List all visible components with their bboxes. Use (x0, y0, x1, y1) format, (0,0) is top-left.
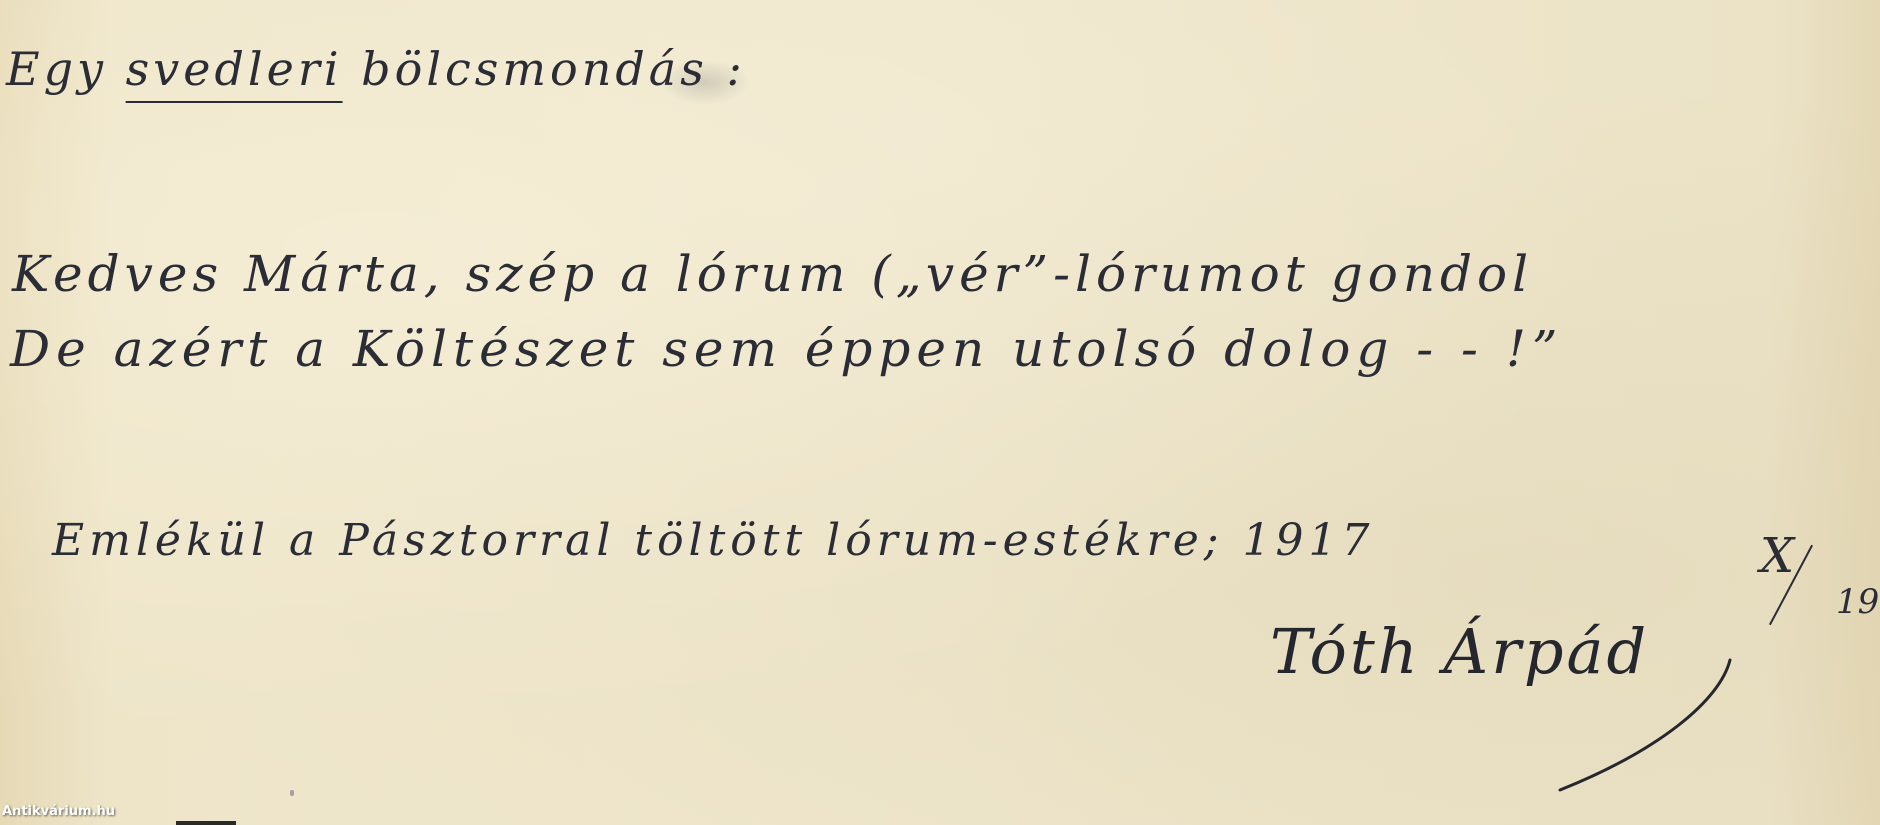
body-line-1: Kedves Márta, szép a lórum („vér”-lórumo… (12, 245, 1533, 303)
heading-underlined-word: svedleri (126, 42, 343, 96)
date-day: 19 (1836, 582, 1879, 622)
heading-rest: bölcsmondás : (361, 42, 746, 96)
watermark-logo: Antikvárium.hu (2, 804, 115, 819)
paper-speck (290, 790, 294, 796)
heading-prefix: Egy (6, 42, 107, 96)
memento-line: Emlékül a Pásztorral töltött lórum-esték… (52, 515, 1375, 566)
date-month: X (1760, 528, 1794, 584)
signature-flourish-icon (1500, 640, 1760, 800)
body-line-2: De azért a Költészet sem éppen utolsó do… (10, 320, 1564, 378)
heading-line: Egy svedleri bölcsmondás : (6, 42, 746, 96)
bottom-edge-mark (176, 821, 236, 825)
